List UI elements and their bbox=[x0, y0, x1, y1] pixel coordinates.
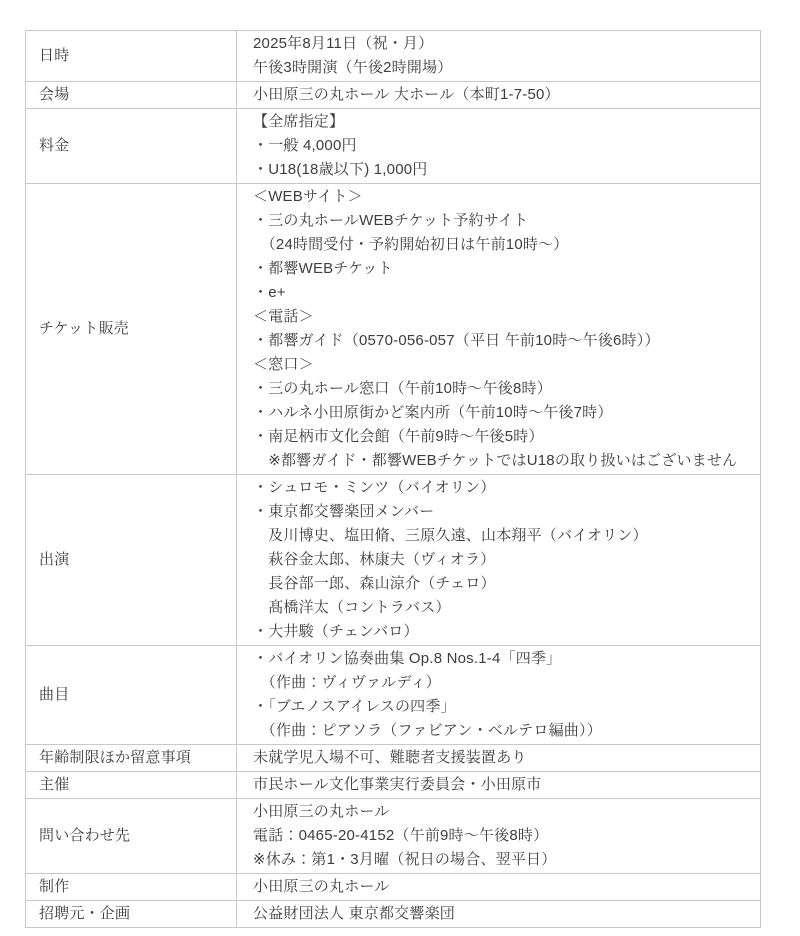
row-production: 制作 小田原三の丸ホール bbox=[26, 874, 761, 901]
row-organizer: 主催 市民ホール文化事業実行委員会・小田原市 bbox=[26, 772, 761, 799]
row-datetime-label: 日時 bbox=[26, 31, 237, 82]
row-price-value: 【全席指定】 ・一般 4,000円 ・U18(18歳以下) 1,000円 bbox=[237, 109, 761, 184]
row-performers-value: ・シュロモ・ミンツ（バイオリン） ・東京都交響楽団メンバー 及川博史、塩田脩、三… bbox=[237, 475, 761, 646]
row-age-restriction-label: 年齢制限ほか留意事項 bbox=[26, 745, 237, 772]
row-age-restriction-value: 未就学児入場不可、難聴者支援装置あり bbox=[237, 745, 761, 772]
row-ticket-sales-value: ＜WEBサイト＞ ・三の丸ホールWEBチケット予約サイト （24時間受付・予約開… bbox=[237, 184, 761, 475]
row-venue-label: 会場 bbox=[26, 82, 237, 109]
event-info-table: 日時 2025年8月11日（祝・月） 午後3時開演（午後2時開場） 会場 小田原… bbox=[25, 30, 761, 928]
row-venue-value: 小田原三の丸ホール 大ホール（本町1-7-50） bbox=[237, 82, 761, 109]
row-presenter-planning-label: 招聘元・企画 bbox=[26, 901, 237, 928]
row-datetime: 日時 2025年8月11日（祝・月） 午後3時開演（午後2時開場） bbox=[26, 31, 761, 82]
row-price-label: 料金 bbox=[26, 109, 237, 184]
row-contact-value: 小田原三の丸ホール 電話：0465-20-4152（午前9時〜午後8時） ※休み… bbox=[237, 799, 761, 874]
row-program-label: 曲目 bbox=[26, 646, 237, 745]
row-datetime-value: 2025年8月11日（祝・月） 午後3時開演（午後2時開場） bbox=[237, 31, 761, 82]
row-program-value: ・バイオリン協奏曲集 Op.8 Nos.1-4「四季」 （作曲：ヴィヴァルディ）… bbox=[237, 646, 761, 745]
row-presenter-planning: 招聘元・企画 公益財団法人 東京都交響楽団 bbox=[26, 901, 761, 928]
row-production-value: 小田原三の丸ホール bbox=[237, 874, 761, 901]
row-organizer-label: 主催 bbox=[26, 772, 237, 799]
row-ticket-sales-label: チケット販売 bbox=[26, 184, 237, 475]
row-contact: 問い合わせ先 小田原三の丸ホール 電話：0465-20-4152（午前9時〜午後… bbox=[26, 799, 761, 874]
row-performers: 出演 ・シュロモ・ミンツ（バイオリン） ・東京都交響楽団メンバー 及川博史、塩田… bbox=[26, 475, 761, 646]
row-production-label: 制作 bbox=[26, 874, 237, 901]
row-organizer-value: 市民ホール文化事業実行委員会・小田原市 bbox=[237, 772, 761, 799]
page-background: 日時 2025年8月11日（祝・月） 午後3時開演（午後2時開場） 会場 小田原… bbox=[0, 0, 800, 936]
row-age-restriction: 年齢制限ほか留意事項 未就学児入場不可、難聴者支援装置あり bbox=[26, 745, 761, 772]
row-contact-label: 問い合わせ先 bbox=[26, 799, 237, 874]
row-ticket-sales: チケット販売 ＜WEBサイト＞ ・三の丸ホールWEBチケット予約サイト （24時… bbox=[26, 184, 761, 475]
row-performers-label: 出演 bbox=[26, 475, 237, 646]
row-presenter-planning-value: 公益財団法人 東京都交響楽団 bbox=[237, 901, 761, 928]
row-program: 曲目 ・バイオリン協奏曲集 Op.8 Nos.1-4「四季」 （作曲：ヴィヴァル… bbox=[26, 646, 761, 745]
row-venue: 会場 小田原三の丸ホール 大ホール（本町1-7-50） bbox=[26, 82, 761, 109]
row-price: 料金 【全席指定】 ・一般 4,000円 ・U18(18歳以下) 1,000円 bbox=[26, 109, 761, 184]
event-info-table-body: 日時 2025年8月11日（祝・月） 午後3時開演（午後2時開場） 会場 小田原… bbox=[26, 31, 761, 928]
